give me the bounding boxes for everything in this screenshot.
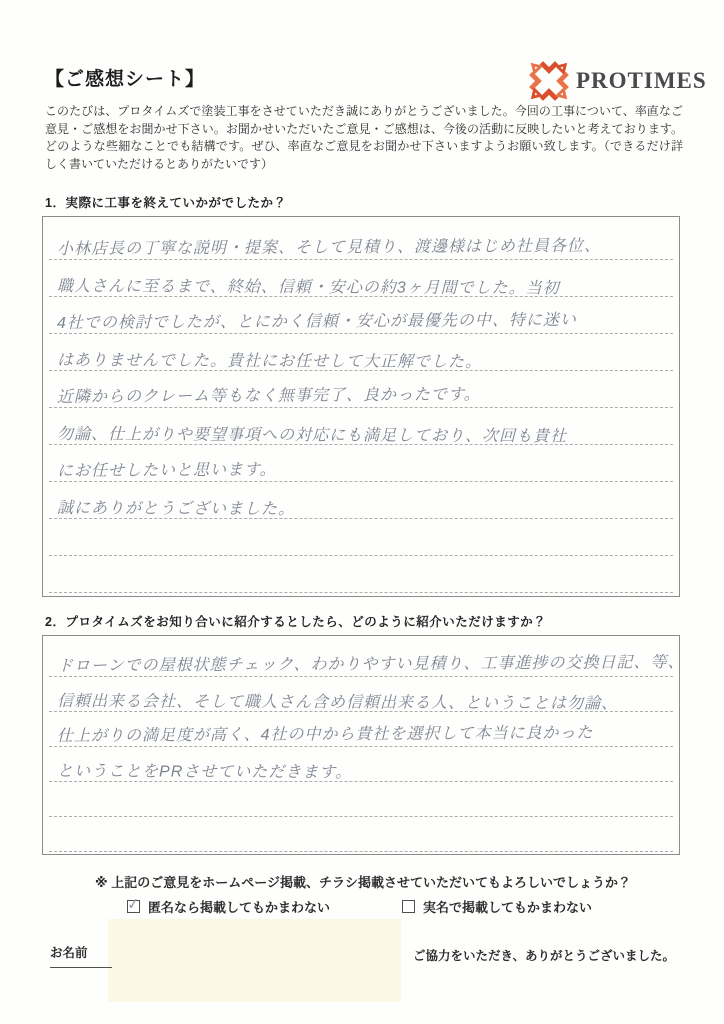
realname-checkbox[interactable]: ✓ xyxy=(402,900,415,913)
answer-line-empty xyxy=(49,817,673,852)
handwritten-text: 4社での検討でしたが、とにかく信頼・安心が最優先の中、特に迷い xyxy=(49,313,581,333)
answer-line: はありませんでした。貴社にお任せして大正解でした。 xyxy=(49,334,673,371)
feedback-sheet: 【ご感想シート】 PROTIMES このたびは、プロタイムズで塗装工事をさせてい… xyxy=(0,0,724,1024)
protimes-logomark-icon xyxy=(526,58,572,104)
answer-line: 仕上がりの満足度が高く、4社の中から貴社を選択して本当に良かった xyxy=(49,712,673,747)
answer-line: 信頼出来る会社、そして職人さん含め信頼出来る人、ということは勿論、 xyxy=(49,677,673,712)
answer-line: 勿論、仕上がりや要望事項への対応にも満足しており、次回も貴社 xyxy=(49,408,673,445)
handwritten-text: 仕上がりの満足度が高く、4社の中から貴社を選択して本当に良かった xyxy=(49,726,598,746)
answer-line: 職人さんに至るまで、終始、信頼・安心の約3ヶ月間でした。当初 xyxy=(49,260,673,297)
answer-line: 小林店長の丁寧な説明・提案、そして見積り、渡邊様はじめ社員各位、 xyxy=(49,223,673,260)
intro-paragraph: このたびは、プロタイムズで塗装工事をさせていただき誠にありがとうございました。今… xyxy=(45,103,683,173)
handwritten-text: 近隣からのクレーム等もなく無事完了、良かったです。 xyxy=(49,387,485,407)
thanks-text: ご協力をいただき、ありがとうございました。 xyxy=(413,946,675,964)
handwritten-text: にお任せしたいと思います。 xyxy=(49,463,281,481)
answer-line: 4社での検討でしたが、とにかく信頼・安心が最優先の中、特に迷い xyxy=(49,297,673,334)
answer-line-empty xyxy=(49,782,673,817)
consent-option-realname: ✓ 実名で掲載してもかまわない xyxy=(402,897,592,916)
name-label: お名前 xyxy=(50,943,112,968)
answer-line: ということをPRさせていただきます。 xyxy=(49,747,673,782)
handwritten-text: 職人さんに至るまで、終始、信頼・安心の約3ヶ月間でした。当初 xyxy=(49,279,564,298)
answer-line: ドローンでの屋根状態チェック、わかりやすい見積り、工事進捗の交換日記、等、 xyxy=(49,642,673,677)
check-mark-icon: ✓ xyxy=(126,894,141,914)
realname-checkbox-label: 実名で掲載してもかまわない xyxy=(423,897,592,916)
consent-option-anonymous: ✓ 匿名なら掲載してもかまわない xyxy=(127,897,330,916)
handwritten-text: 誠にありがとうございました。 xyxy=(49,501,299,519)
question-1-label: 1．実際に工事を終えていかがでしたか？ xyxy=(45,193,286,211)
answer-box-1[interactable]: 小林店長の丁寧な説明・提案、そして見積り、渡邊様はじめ社員各位、 職人さんに至る… xyxy=(42,216,680,597)
answer-box-2[interactable]: ドローンでの屋根状態チェック、わかりやすい見積り、工事進捗の交換日記、等、 信頼… xyxy=(42,635,680,855)
page-title: 【ご感想シート】 xyxy=(45,64,205,91)
handwritten-text: 信頼出来る会社、そして職人さん含め信頼出来る人、ということは勿論、 xyxy=(49,694,622,714)
answer-line: にお任せしたいと思います。 xyxy=(49,445,673,482)
question-2-label: 2．プロタイムズをお知り合いに紹介するとしたら、どのように紹介いただけますか？ xyxy=(45,612,546,630)
handwritten-text: はありませんでした。貴社にお任せして大正解でした。 xyxy=(49,353,486,372)
handwritten-text: 小林店長の丁寧な説明・提案、そして見積り、渡邊様はじめ社員各位、 xyxy=(49,239,605,259)
answer-line: 近隣からのクレーム等もなく無事完了、良かったです。 xyxy=(49,371,673,408)
anonymous-checkbox-label: 匿名なら掲載してもかまわない xyxy=(148,897,330,916)
protimes-logo: PROTIMES xyxy=(526,58,707,104)
protimes-wordmark: PROTIMES xyxy=(576,68,707,94)
name-field-redacted[interactable] xyxy=(108,919,401,1002)
answer-line-empty xyxy=(49,556,673,593)
anonymous-checkbox[interactable]: ✓ xyxy=(127,900,140,913)
consent-note: ※ 上記のご意見をホームページ掲載、チラシ掲載させていただいてもよろしいでしょう… xyxy=(95,872,631,891)
answer-line-empty xyxy=(49,519,673,556)
handwritten-text: ということをPRさせていただきます。 xyxy=(49,764,356,782)
handwritten-text: ドローンでの屋根状態チェック、わかりやすい見積り、工事進捗の交換日記、等、 xyxy=(49,655,689,676)
handwritten-text: 勿論、仕上がりや要望事項への対応にも満足しており、次回も貴社 xyxy=(49,427,571,446)
answer-line: 誠にありがとうございました。 xyxy=(49,482,673,519)
